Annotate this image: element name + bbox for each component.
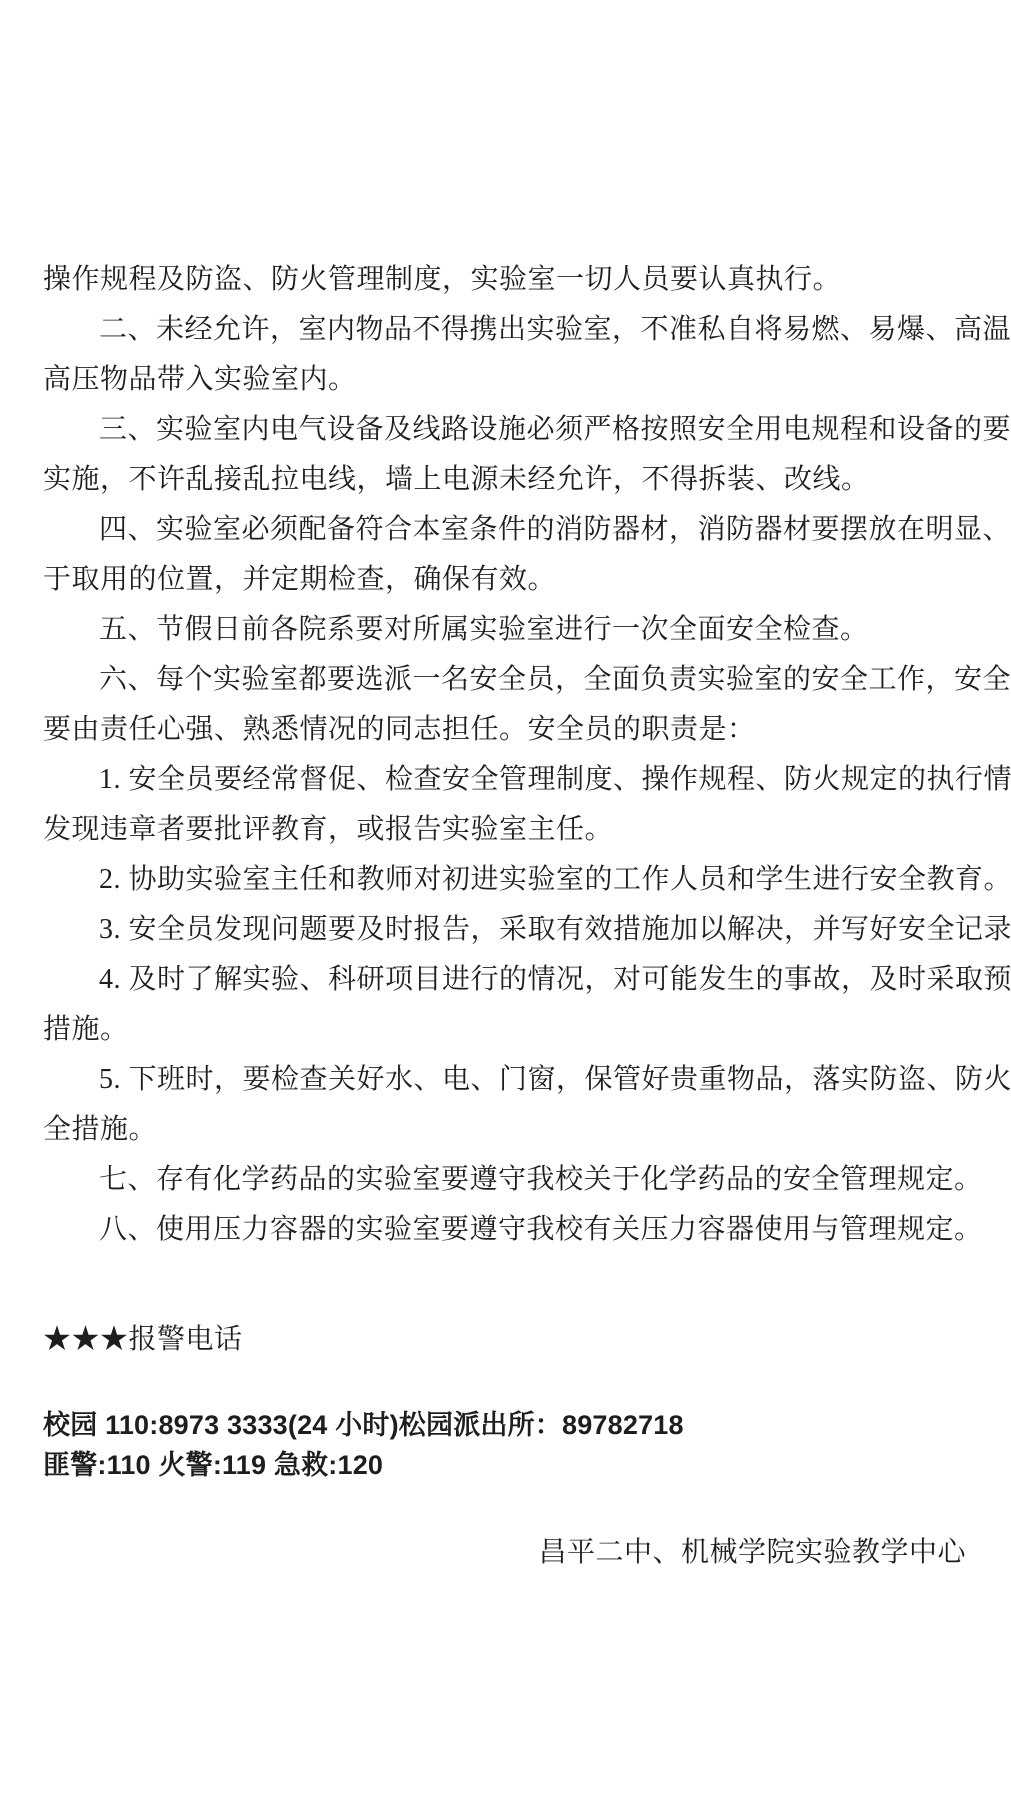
body-line: 高压物品带入实验室内。 bbox=[43, 355, 966, 405]
body-line: 4. 及时了解实验、科研项目进行的情况，对可能发生的事故，及时采取预防 bbox=[43, 955, 966, 1005]
emergency-phone-line: 匪警:110 火警:119 急救:120 bbox=[43, 1445, 966, 1485]
body-line: 二、未经允许，室内物品不得携出实验室，不准私自将易燃、易爆、高温、 bbox=[43, 305, 966, 355]
body-line: 三、实验室内电气设备及线路设施必须严格按照安全用电规程和设备的要求 bbox=[43, 405, 966, 455]
body-line: 四、实验室必须配备符合本室条件的消防器材，消防器材要摆放在明显、易 bbox=[43, 505, 966, 555]
body-line: 七、存有化学药品的实验室要遵守我校关于化学药品的安全管理规定。 bbox=[43, 1155, 966, 1205]
body-line: 全措施。 bbox=[43, 1105, 966, 1155]
campus-phone-line: 校园 110:8973 3333(24 小时)松园派出所：89782718 bbox=[43, 1405, 966, 1445]
document-page: 操作规程及防盗、防火管理制度，实验室一切人员要认真执行。 二、未经允许，室内物品… bbox=[0, 0, 1011, 1798]
body-line: 实施，不许乱接乱拉电线，墙上电源未经允许，不得拆装、改线。 bbox=[43, 455, 966, 505]
body-line: 五、节假日前各院系要对所属实验室进行一次全面安全检查。 bbox=[43, 605, 966, 655]
body-line: 于取用的位置，并定期检查，确保有效。 bbox=[43, 555, 966, 605]
body-line: 操作规程及防盗、防火管理制度，实验室一切人员要认真执行。 bbox=[43, 255, 966, 305]
body-line: 要由责任心强、熟悉情况的同志担任。安全员的职责是： bbox=[43, 705, 966, 755]
body-line: 六、每个实验室都要选派一名安全员，全面负责实验室的安全工作，安全员 bbox=[43, 655, 966, 705]
body-line: 2. 协助实验室主任和教师对初进实验室的工作人员和学生进行安全教育。 bbox=[43, 855, 966, 905]
signature: 昌平二中、机械学院实验教学中心 bbox=[43, 1533, 966, 1573]
body-line: 八、使用压力容器的实验室要遵守我校有关压力容器使用与管理规定。 bbox=[43, 1205, 966, 1255]
body-line: 发现违章者要批评教育，或报告实验室主任。 bbox=[43, 805, 966, 855]
body-line: 措施。 bbox=[43, 1005, 966, 1055]
body-line: 3. 安全员发现问题要及时报告，采取有效措施加以解决，并写好安全记录。 bbox=[43, 905, 966, 955]
body-line: 5. 下班时，要检查关好水、电、门窗，保管好贵重物品，落实防盗、防火安 bbox=[43, 1055, 966, 1105]
alarm-phones-heading: ★★★报警电话 bbox=[43, 1315, 966, 1365]
body-line: 1. 安全员要经常督促、检查安全管理制度、操作规程、防火规定的执行情况， bbox=[43, 755, 966, 805]
